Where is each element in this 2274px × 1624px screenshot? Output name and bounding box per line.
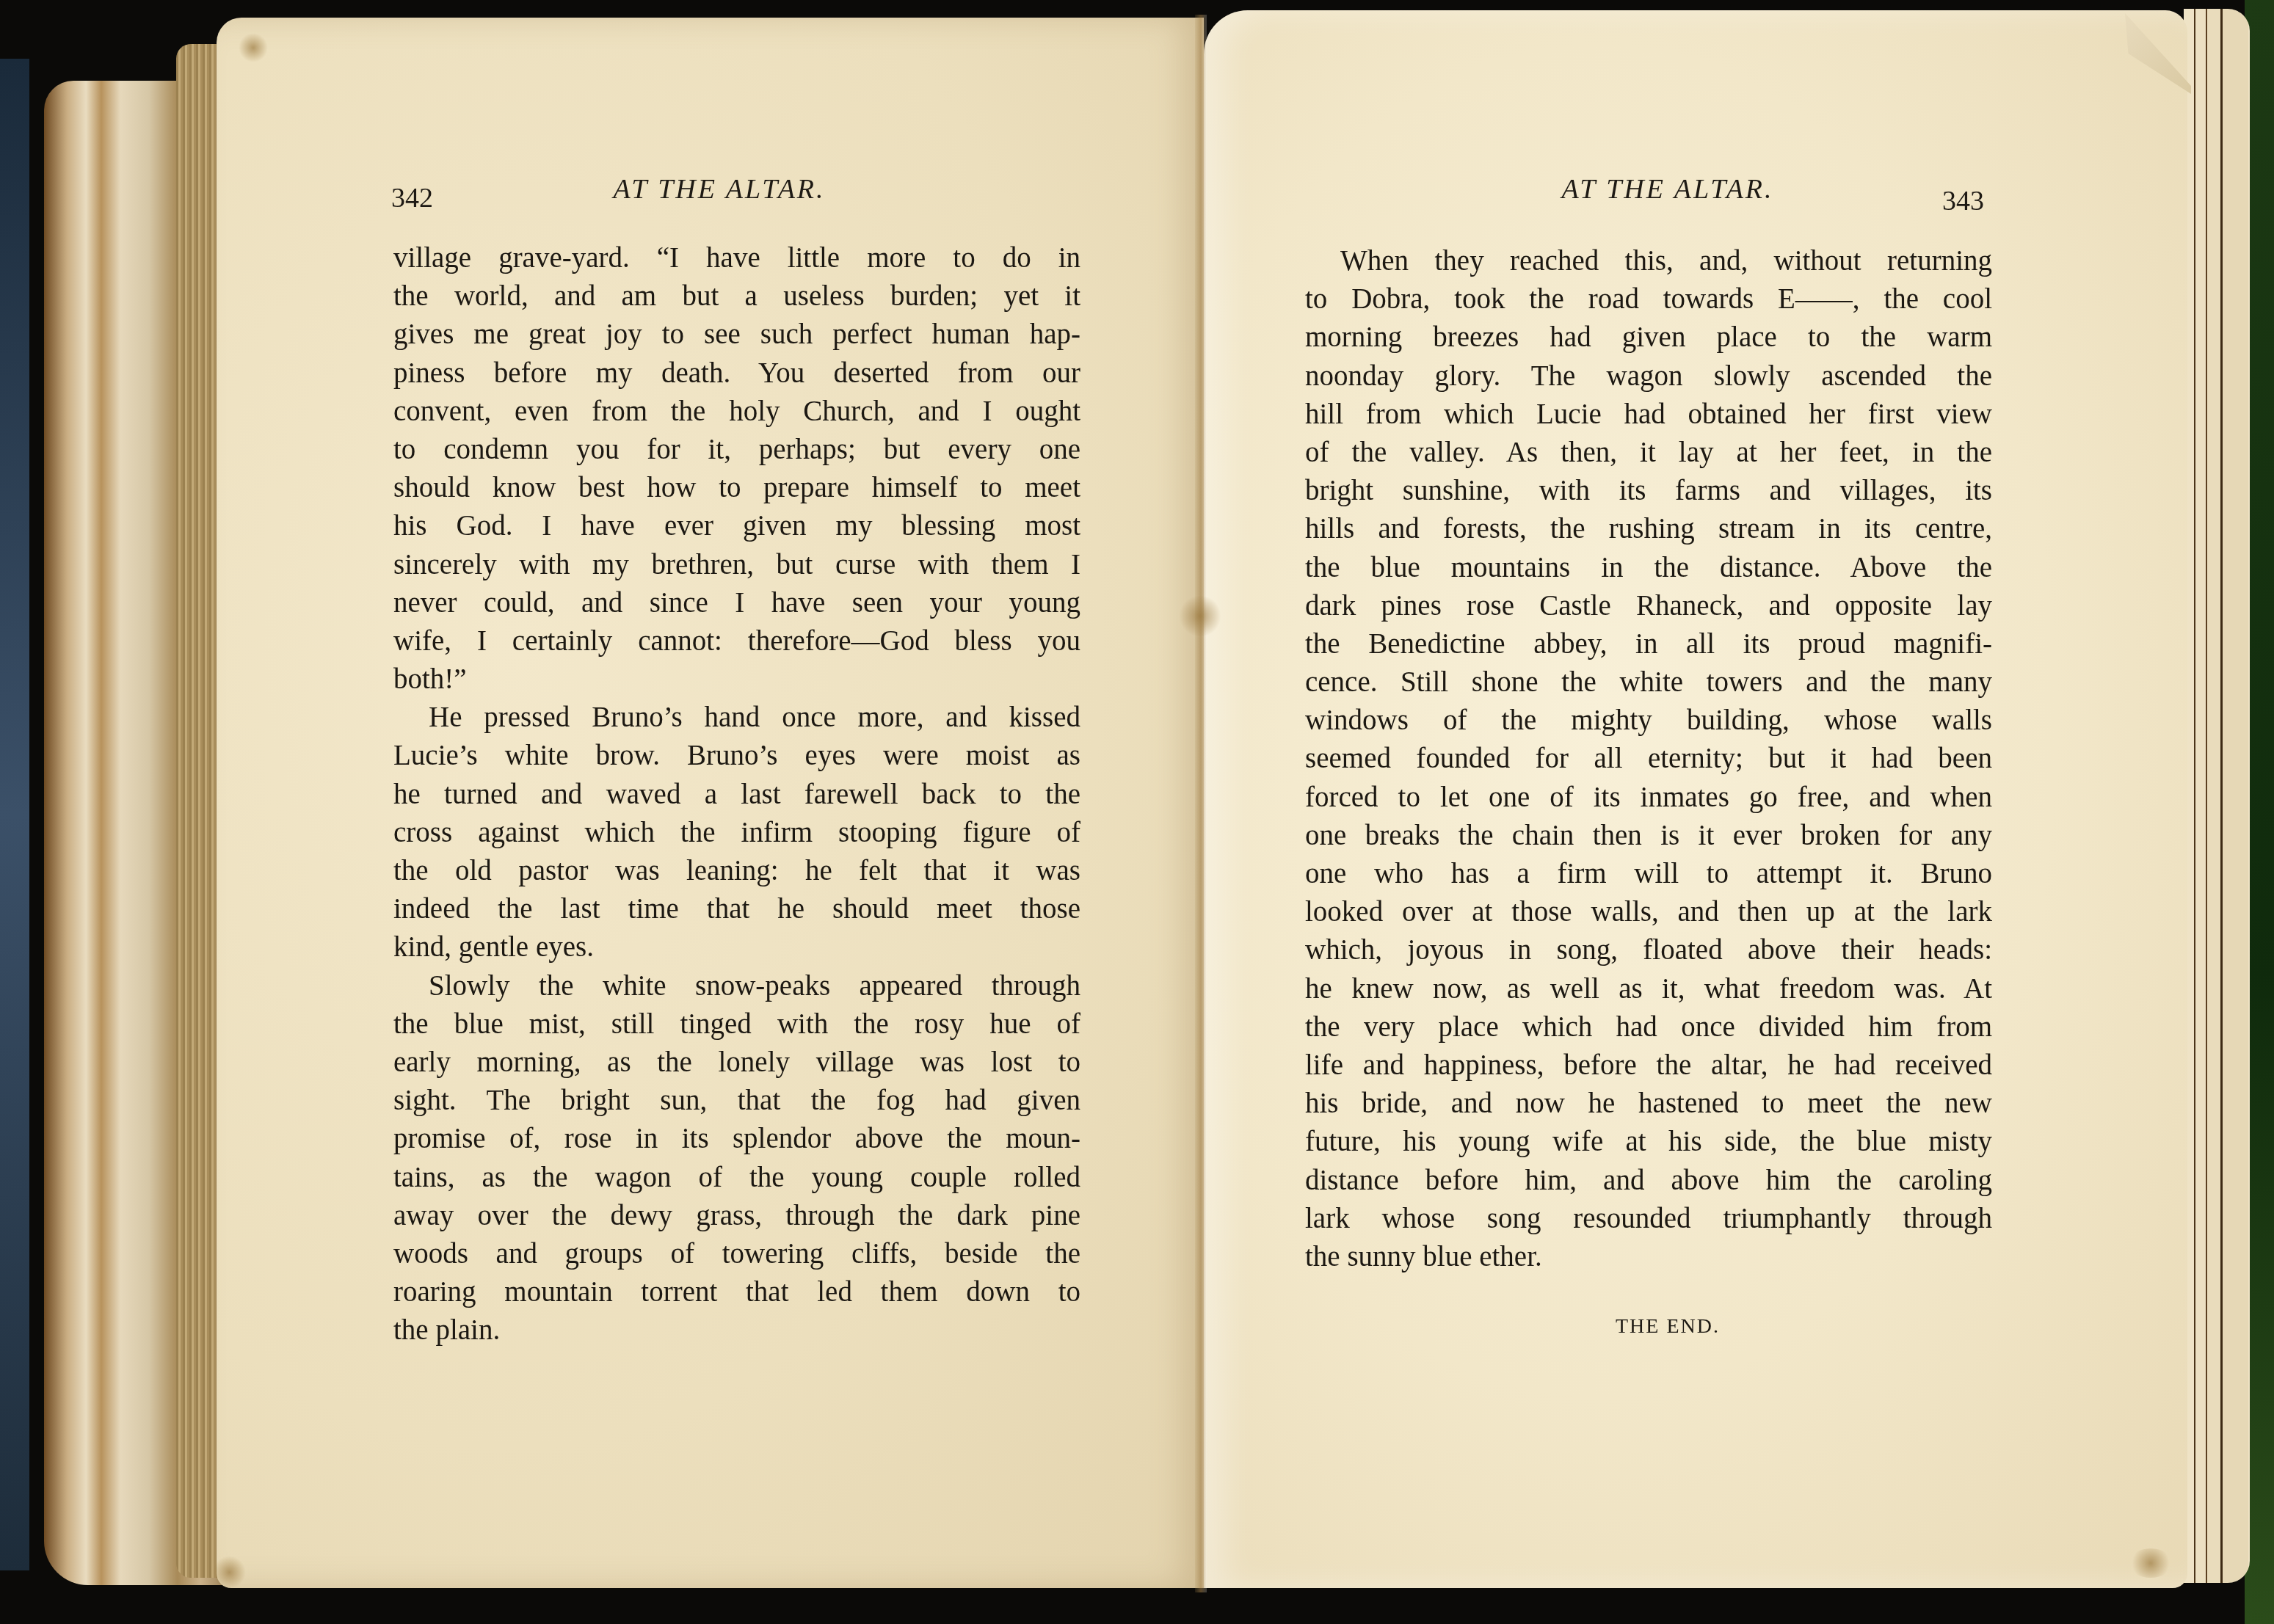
text-line: wife, I certainly cannot: therefore—God … — [393, 622, 1080, 660]
text-line: indeed the last time that he should meet… — [393, 890, 1080, 928]
text-line: cence. Still shone the white towers and … — [1305, 663, 1992, 702]
text-line: dark pines rose Castle Rhaneck, and oppo… — [1305, 587, 1992, 625]
stain-spot — [1178, 596, 1222, 636]
text-line: seemed founded for all eternity; but it … — [1305, 740, 1992, 778]
text-line: roaring mountain torrent that led them d… — [393, 1273, 1080, 1311]
text-line: to Dobra, took the road towards E——, the… — [1305, 280, 1992, 318]
text-line: kind, gentle eyes. — [393, 928, 1080, 966]
text-line: to condemn you for it, perhaps; but ever… — [393, 431, 1080, 469]
text-line: the blue mountains in the distance. Abov… — [1305, 549, 1992, 587]
text-line: lark whose song resounded triumphantly t… — [1305, 1200, 1992, 1238]
text-line: he knew now, as well as it, what freedom… — [1305, 970, 1992, 1008]
text-line: distance before him, and above him the c… — [1305, 1162, 1992, 1200]
text-line: the world, and am but a useless burden; … — [393, 277, 1080, 316]
text-line: the plain. — [393, 1311, 1080, 1350]
text-line: which, joyous in song, floated above the… — [1305, 931, 1992, 969]
text-line: one who has a firm will to attempt it. B… — [1305, 855, 1992, 893]
right-page-body: When they reached this, and, without ret… — [1305, 242, 1992, 1276]
text-line: tains, as the wagon of the young couple … — [393, 1159, 1080, 1197]
text-line: life and happiness, before the altar, he… — [1305, 1046, 1992, 1085]
text-line: gives me great joy to see such perfect h… — [393, 316, 1080, 354]
text-line: hill from which Lucie had obtained her f… — [1305, 396, 1992, 434]
text-line: both!” — [393, 660, 1080, 699]
text-line: forced to let one of its inmates go free… — [1305, 779, 1992, 817]
text-line: village grave-yard. “I have little more … — [393, 239, 1080, 277]
text-line: away over the dewy grass, through the da… — [393, 1197, 1080, 1235]
text-line: his God. I have ever given my blessing m… — [393, 507, 1080, 545]
left-page-edges — [176, 44, 220, 1578]
text-line: the old pastor was leaning: he felt that… — [393, 852, 1080, 890]
text-line: Lucie’s white brow. Bruno’s eyes were mo… — [393, 737, 1080, 775]
text-line: Slowly the white snow-peaks appeared thr… — [393, 967, 1080, 1005]
text-line: sight. The bright sun, that the fog had … — [393, 1082, 1080, 1120]
stain-spot — [2129, 1548, 2173, 1578]
page-number-left: 342 — [391, 182, 433, 214]
book-gutter — [1195, 15, 1207, 1592]
text-line: the very place which had once divided hi… — [1305, 1008, 1992, 1046]
running-head-right: AT THE ALTAR. — [1561, 173, 1773, 205]
text-line: morning breezes had given place to the w… — [1305, 318, 1992, 357]
text-line: convent, even from the holy Church, and … — [393, 393, 1080, 431]
text-line: never could, and since I have seen your … — [393, 584, 1080, 622]
text-line: promise of, rose in its splendor above t… — [393, 1120, 1080, 1158]
left-page-body: village grave-yard. “I have little more … — [393, 239, 1080, 1350]
background-blue-surface — [0, 59, 29, 1570]
text-line: the Benedictine abbey, in all its proud … — [1305, 625, 1992, 663]
text-line: the blue mist, still tinged with the ros… — [393, 1005, 1080, 1044]
right-page-stack — [2184, 9, 2250, 1583]
text-line: windows of the mighty building, whose wa… — [1305, 702, 1992, 740]
text-line: hills and forests, the rushing stream in… — [1305, 510, 1992, 548]
text-line: early morning, as the lonely village was… — [393, 1044, 1080, 1082]
text-line: should know best how to prepare himself … — [393, 469, 1080, 507]
running-head-left: AT THE ALTAR. — [613, 173, 825, 205]
text-line: his bride, and now he hastened to meet t… — [1305, 1085, 1992, 1123]
stain-spot — [239, 33, 268, 62]
text-line: future, his young wife at his side, the … — [1305, 1123, 1992, 1161]
text-line: one breaks the chain then is it ever bro… — [1305, 817, 1992, 855]
text-line: the sunny blue ether. — [1305, 1238, 1992, 1276]
text-line: noonday glory. The wagon slowly ascended… — [1305, 357, 1992, 396]
text-line: woods and groups of towering cliffs, bes… — [393, 1235, 1080, 1273]
the-end-label: THE END. — [1616, 1315, 1720, 1339]
text-line: looked over at those walls, and then up … — [1305, 893, 1992, 931]
text-line: sincerely with my brethren, but curse wi… — [393, 546, 1080, 584]
page-number-right: 343 — [1942, 185, 1984, 217]
text-line: piness before my death. You deserted fro… — [393, 354, 1080, 393]
text-line: He pressed Bruno’s hand once more, and k… — [393, 699, 1080, 737]
text-line: he turned and waved a last farewell back… — [393, 776, 1080, 814]
text-line: of the valley. As then, it lay at her fe… — [1305, 434, 1992, 472]
stain-spot — [213, 1556, 246, 1589]
text-line: bright sunshine, with its farms and vill… — [1305, 472, 1992, 510]
text-line: When they reached this, and, without ret… — [1305, 242, 1992, 280]
text-line: cross against which the infirm stooping … — [393, 814, 1080, 852]
